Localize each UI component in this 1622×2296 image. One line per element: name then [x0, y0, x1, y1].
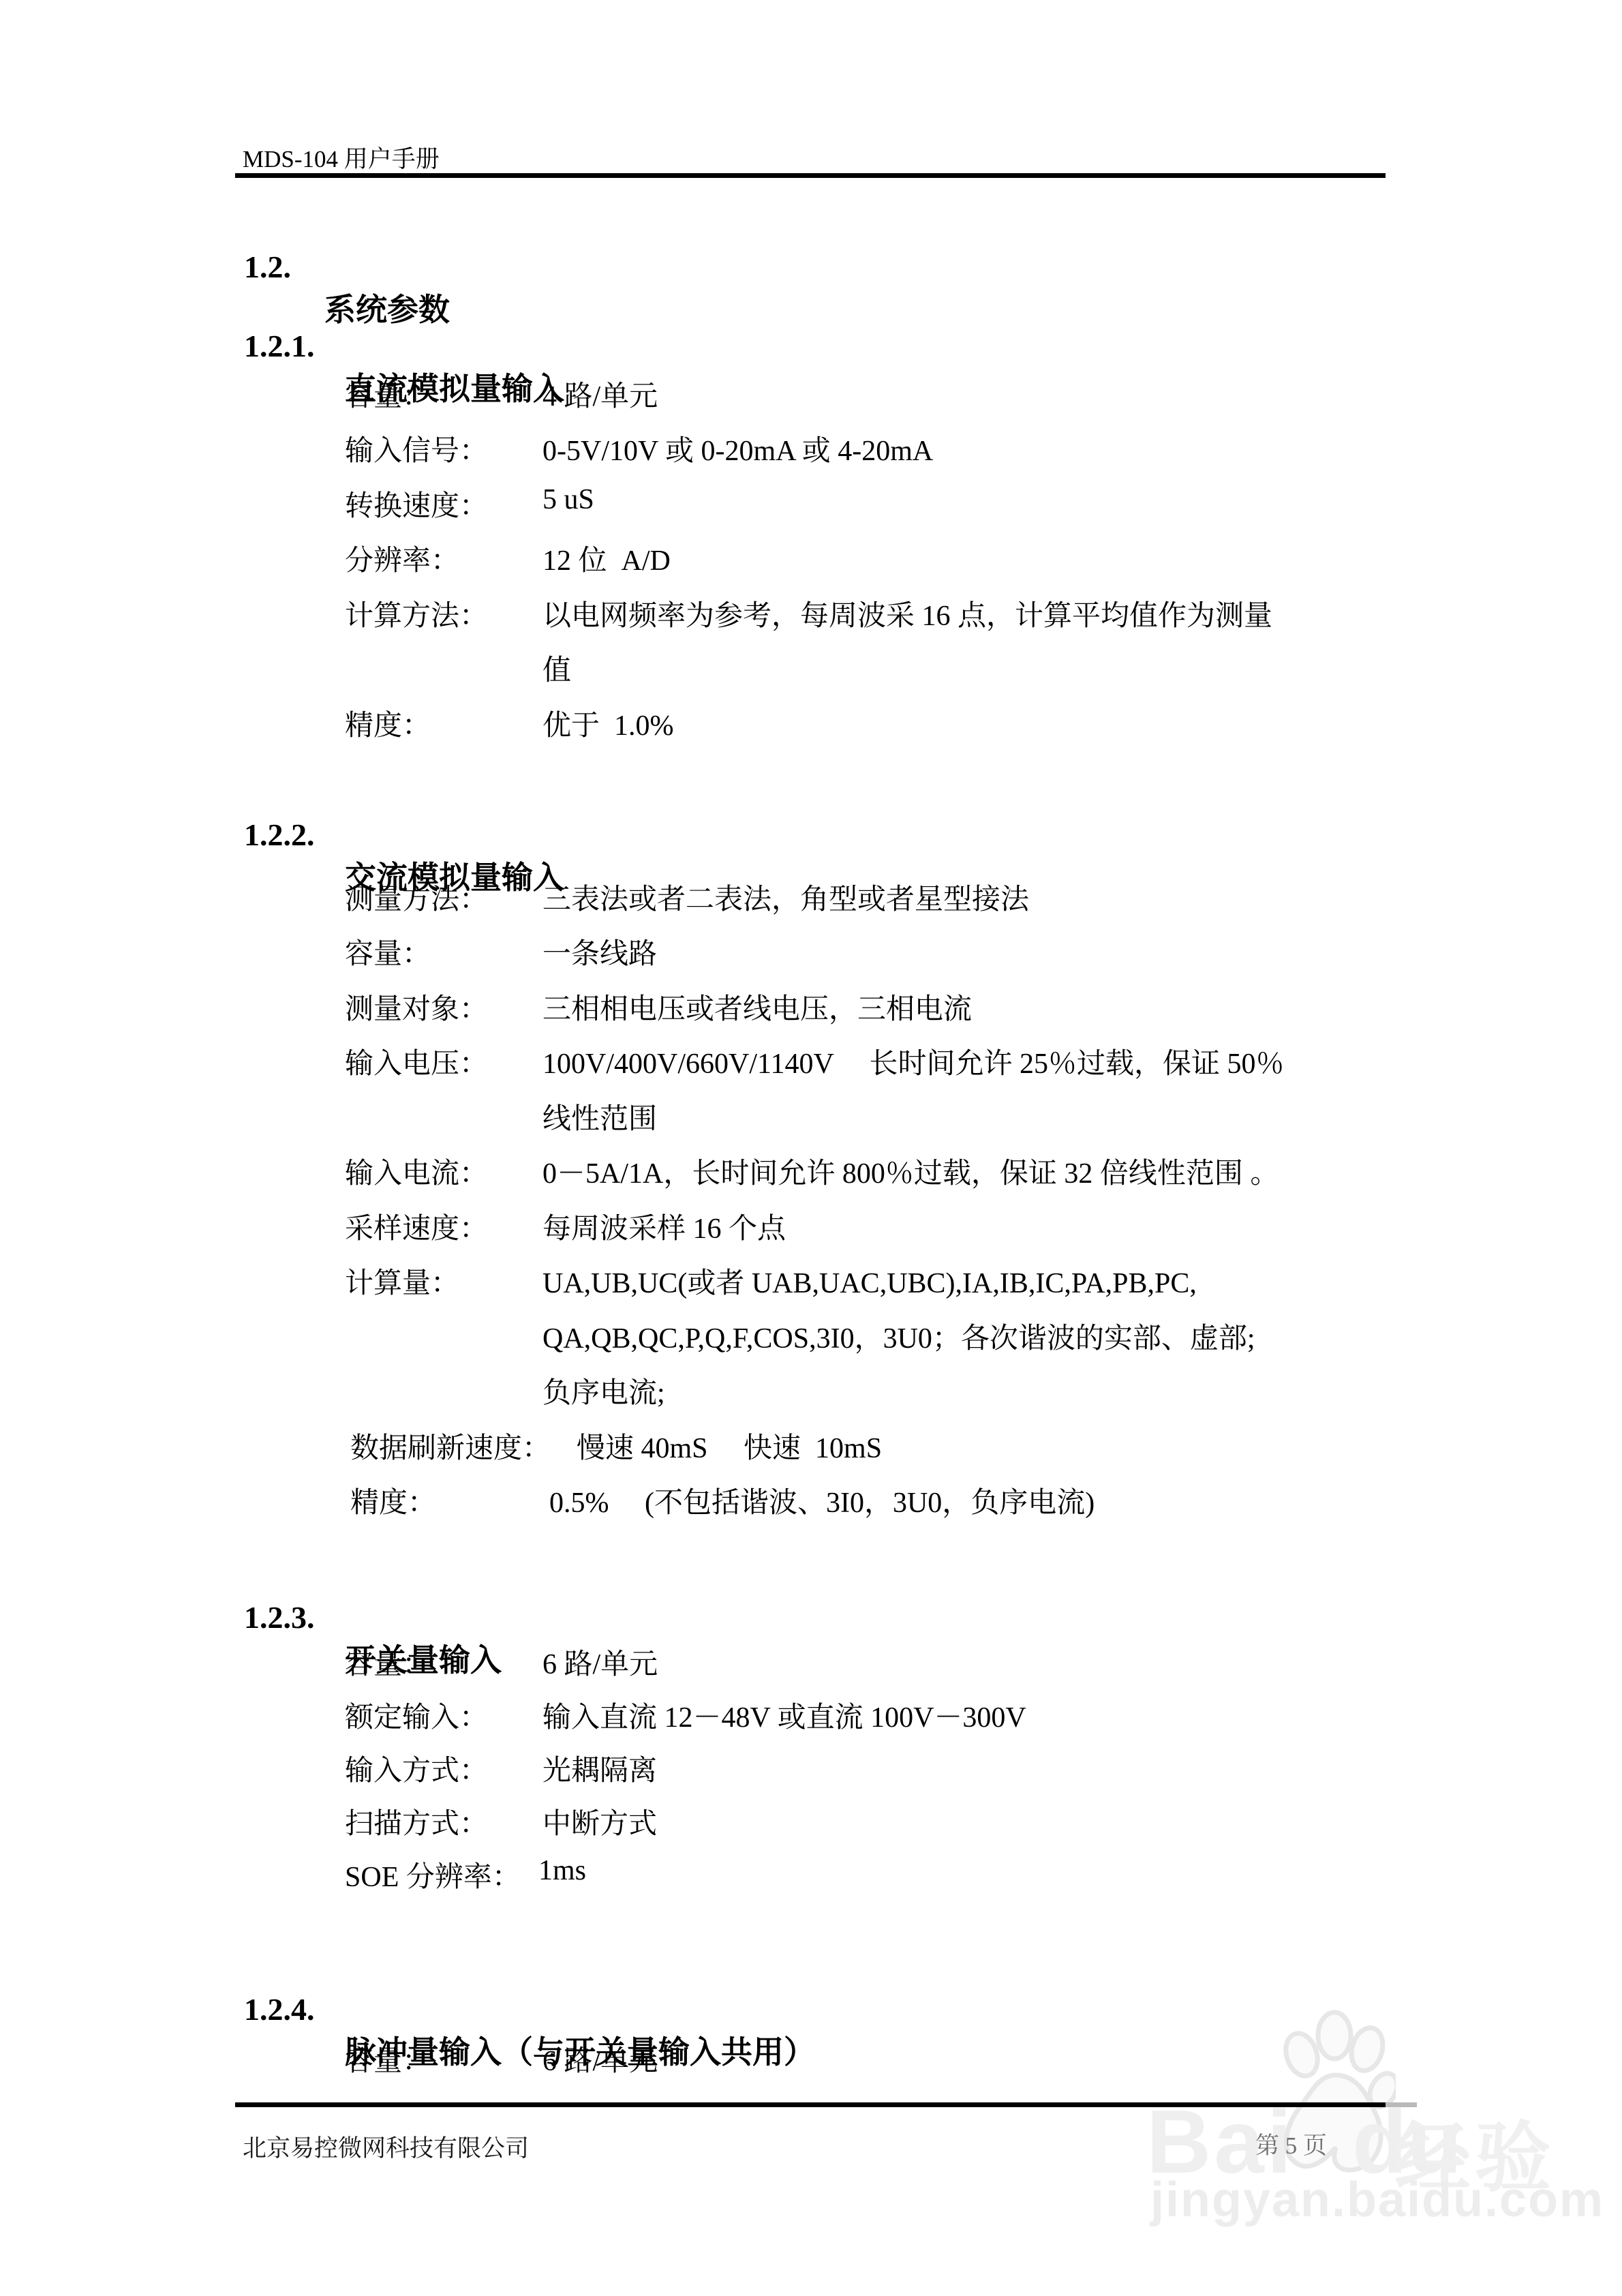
- footer-rule-watermark-overlap: [1386, 2102, 1417, 2107]
- param-row-capacity: 容量： 6 路/单元: [0, 1642, 1622, 1684]
- param-row-refresh-rate: 数据刷新速度： 慢速 40mS 快速 10mS: [0, 1425, 1622, 1468]
- param-value: 6 路/单元: [542, 2038, 658, 2079]
- param-label: 采样速度：: [345, 1206, 488, 1247]
- param-value: 每周波采样 16 个点: [542, 1206, 786, 1247]
- section-number: 1.2.1.: [244, 328, 315, 364]
- param-label: 精度：: [350, 1480, 436, 1521]
- param-label: 容量：: [345, 1642, 431, 1682]
- param-row-input-voltage: 输入电压： 100V/400V/660V/1140V 长时间允许 25％过载，保…: [0, 1041, 1622, 1083]
- param-label: 扫描方式：: [345, 1801, 488, 1842]
- page-header-title: MDS-104 用户手册: [243, 140, 440, 175]
- param-row-calculated-quantities: 计算量： UA,UB,UC(或者 UAB,UAC,UBC),IA,IB,IC,P…: [0, 1260, 1622, 1303]
- param-value: 0－5A/1A，长时间允许 800％过载，保证 32 倍线性范围 。: [542, 1151, 1279, 1192]
- param-label: 额定输入：: [345, 1695, 488, 1736]
- param-label: 计算量：: [345, 1260, 459, 1301]
- param-value: 一条线路: [542, 931, 657, 972]
- section-number: 1.2.4.: [244, 1991, 315, 2027]
- param-label: 容量：: [345, 2038, 431, 2079]
- param-label: 容量：: [345, 374, 431, 414]
- param-label: SOE 分辨率：: [345, 1854, 521, 1895]
- param-value-continuation: 线性范围: [542, 1096, 657, 1137]
- section-number: 1.2.2.: [244, 817, 315, 853]
- param-label: 输入电压：: [345, 1041, 488, 1082]
- param-label: 容量：: [345, 931, 431, 972]
- param-value: 4 路/单元: [542, 374, 658, 414]
- param-row-measure-object: 测量对象： 三相相电压或者线电压，三相电流: [0, 986, 1622, 1029]
- param-row-input-current: 输入电流： 0－5A/1A，长时间允许 800％过载，保证 32 倍线性范围 。: [0, 1151, 1622, 1193]
- param-label: 测量对象：: [345, 986, 488, 1027]
- header-rule: [235, 173, 1386, 178]
- param-value: 5 uS: [542, 483, 594, 516]
- param-value: 100V/400V/660V/1140V 长时间允许 25％过载，保证 50％: [542, 1041, 1285, 1082]
- param-row-sampling-speed: 采样速度： 每周波采样 16 个点: [0, 1206, 1622, 1248]
- param-value: 0-5V/10V 或 0-20mA 或 4-20mA: [542, 428, 933, 469]
- param-row-scan-mode: 扫描方式： 中断方式: [0, 1801, 1622, 1843]
- param-value: 以电网频率为参考，每周波采 16 点，计算平均值作为测量: [542, 593, 1272, 634]
- param-row-conversion-speed: 转换速度： 5 uS: [0, 483, 1622, 526]
- section-number: 1.2.: [244, 249, 291, 285]
- param-row-rated-input: 额定输入： 输入直流 12－48V 或直流 100V－300V: [0, 1695, 1622, 1737]
- param-label: 精度：: [345, 703, 431, 744]
- param-value: 12 位 A/D: [542, 538, 671, 579]
- param-label: 计算方法：: [345, 593, 488, 634]
- param-value: 慢速 40mS 快速 10mS: [577, 1425, 882, 1466]
- param-row-capacity: 容量： 4 路/单元: [0, 374, 1622, 416]
- param-value-continuation: QA,QB,QC,P,Q,F,COS,3I0，3U0；各次谐波的实部、虚部;: [542, 1316, 1255, 1357]
- param-label: 输入电流：: [345, 1151, 488, 1192]
- footer-rule: [235, 2102, 1386, 2107]
- param-row-accuracy: 精度： 优于 1.0%: [0, 703, 1622, 745]
- param-value-continuation: 负序电流;: [542, 1370, 665, 1411]
- param-value: 1ms: [538, 1854, 586, 1887]
- param-row-input-mode: 输入方式： 光耦隔离: [0, 1748, 1622, 1790]
- param-value-continuation: 值: [542, 648, 571, 689]
- document-page: Bai du 经验 jingyan.baidu.com MDS-104 用户手册…: [0, 0, 1622, 2296]
- param-row-input-signal: 输入信号： 0-5V/10V 或 0-20mA 或 4-20mA: [0, 428, 1622, 470]
- param-row-capacity: 容量： 一条线路: [0, 931, 1622, 973]
- param-value: 优于 1.0%: [542, 703, 674, 744]
- param-label: 转换速度：: [345, 483, 488, 524]
- param-value: 6 路/单元: [542, 1642, 658, 1682]
- param-value: 输入直流 12－48V 或直流 100V－300V: [542, 1695, 1026, 1736]
- param-label: 测量方法：: [345, 877, 488, 918]
- param-label: 分辨率：: [345, 538, 459, 579]
- param-row-continuation: QA,QB,QC,P,Q,F,COS,3I0，3U0；各次谐波的实部、虚部;: [0, 1316, 1622, 1358]
- section-heading-1-2-3: 1.2.3. 开关量输入: [0, 1563, 31, 1708]
- param-value: 三相相电压或者线电压，三相电流: [542, 986, 972, 1027]
- footer-page-number: 第 5 页: [1255, 2127, 1327, 2161]
- param-label: 数据刷新速度：: [350, 1425, 551, 1466]
- param-value: 光耦隔离: [542, 1748, 657, 1789]
- watermark-url-text: jingyan.baidu.com: [1150, 2172, 1604, 2228]
- param-value: 中断方式: [542, 1801, 657, 1842]
- param-value: 三表法或者二表法，角型或者星型接法: [542, 877, 1029, 918]
- param-label: 输入信号：: [345, 428, 488, 469]
- param-value: 0.5% (不包括谐波、3I0，3U0，负序电流): [549, 1480, 1095, 1521]
- param-row-calc-method: 计算方法： 以电网频率为参考，每周波采 16 点，计算平均值作为测量: [0, 593, 1622, 635]
- param-row-continuation: 负序电流;: [0, 1370, 1622, 1413]
- param-row-soe-resolution: SOE 分辨率： 1ms: [0, 1854, 1622, 1897]
- section-number: 1.2.3.: [244, 1599, 315, 1635]
- param-row-resolution: 分辨率： 12 位 A/D: [0, 538, 1622, 580]
- param-row-continuation: 线性范围: [0, 1096, 1622, 1138]
- param-row-measure-method: 测量方法： 三表法或者二表法，角型或者星型接法: [0, 877, 1622, 919]
- param-label: 输入方式：: [345, 1748, 488, 1789]
- section-title: 系统参数: [324, 285, 450, 330]
- param-value: UA,UB,UC(或者 UAB,UAC,UBC),IA,IB,IC,PA,PB,…: [542, 1260, 1197, 1301]
- param-row-continuation: 值: [0, 648, 1622, 690]
- footer-company-name: 北京易控微网科技有限公司: [243, 2130, 529, 2164]
- param-row-accuracy: 精度： 0.5% (不包括谐波、3I0，3U0，负序电流): [0, 1480, 1622, 1522]
